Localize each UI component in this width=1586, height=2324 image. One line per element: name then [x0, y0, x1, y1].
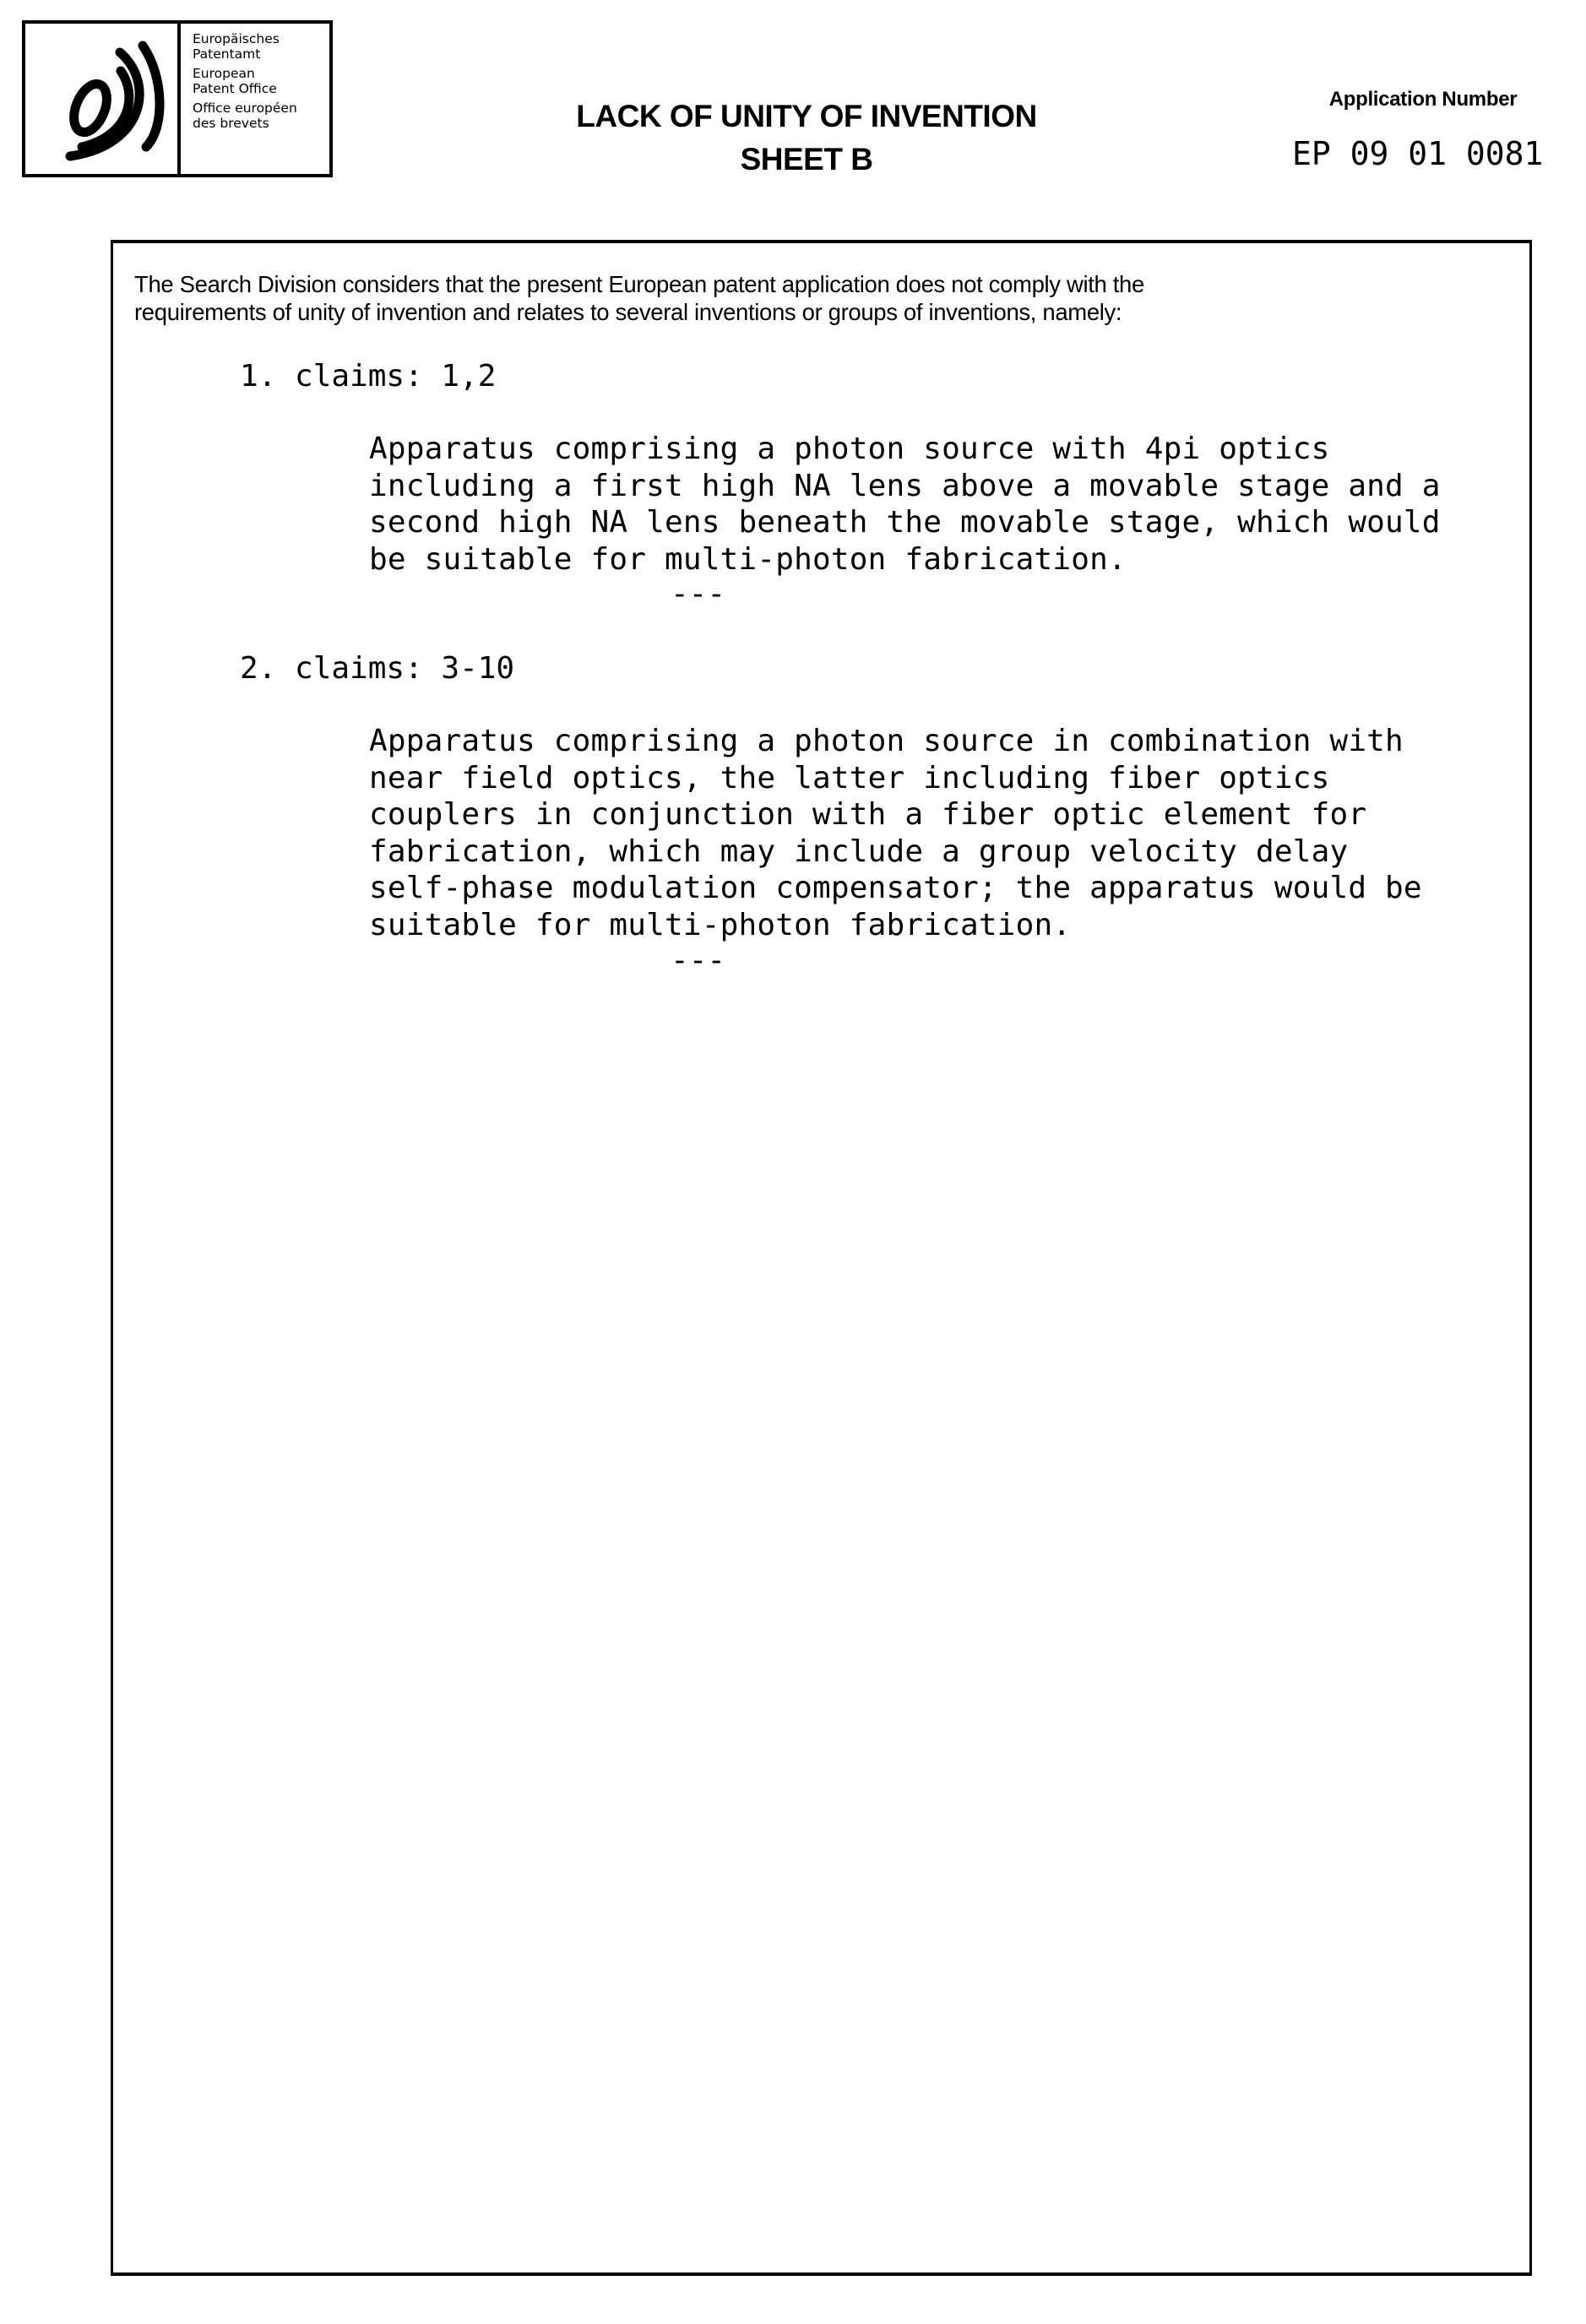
description-line: including a first high NA lens above a m… [369, 468, 1441, 505]
page-title: LACK OF UNITY OF INVENTION [473, 99, 1140, 134]
description-line: second high NA lens beneath the movable … [369, 504, 1441, 541]
logo-text-de-1: Europäisches [193, 32, 329, 47]
logo-text-de-2: Patentamt [193, 47, 329, 62]
description-line: Apparatus comprising a photon source in … [369, 723, 1422, 760]
epo-logo: Europäisches Patentamt European Patent O… [22, 20, 333, 177]
application-number: EP 09 01 0081 [1292, 135, 1543, 172]
logo-text-fr-2: des brevets [193, 117, 329, 132]
invention-1-description: Apparatus comprising a photon source wit… [369, 431, 1441, 578]
invention-2-description: Apparatus comprising a photon source in … [369, 723, 1422, 944]
intro-line: requirements of unity of invention and r… [134, 298, 1502, 326]
description-line: self-phase modulation compensator; the a… [369, 870, 1422, 907]
epo-logo-text: Europäisches Patentamt European Patent O… [181, 24, 329, 174]
epo-logo-icon [25, 24, 181, 174]
description-line: near field optics, the latter including … [369, 760, 1422, 797]
description-line: fabrication, which may include a group v… [369, 833, 1422, 871]
description-line: suitable for multi-photon fabrication. [369, 907, 1422, 944]
content-frame: The Search Division considers that the p… [111, 240, 1532, 2276]
invention-1-heading: 1. claims: 1,2 [240, 358, 496, 395]
invention-1-separator: --- [671, 576, 725, 613]
logo-text-en-2: Patent Office [193, 82, 329, 97]
logo-text-fr-1: Office européen [193, 101, 329, 117]
invention-2-separator: --- [671, 942, 725, 980]
page-subtitle: SHEET B [473, 142, 1140, 177]
application-number-label: Application Number [1267, 88, 1579, 111]
logo-text-en-1: European [193, 67, 329, 82]
intro-line: The Search Division considers that the p… [134, 270, 1502, 298]
invention-2-heading: 2. claims: 3-10 [240, 650, 514, 687]
description-line: Apparatus comprising a photon source wit… [369, 431, 1441, 468]
description-line: couplers in conjunction with a fiber opt… [369, 796, 1422, 833]
description-line: be suitable for multi-photon fabrication… [369, 541, 1441, 578]
intro-paragraph: The Search Division considers that the p… [134, 270, 1502, 326]
